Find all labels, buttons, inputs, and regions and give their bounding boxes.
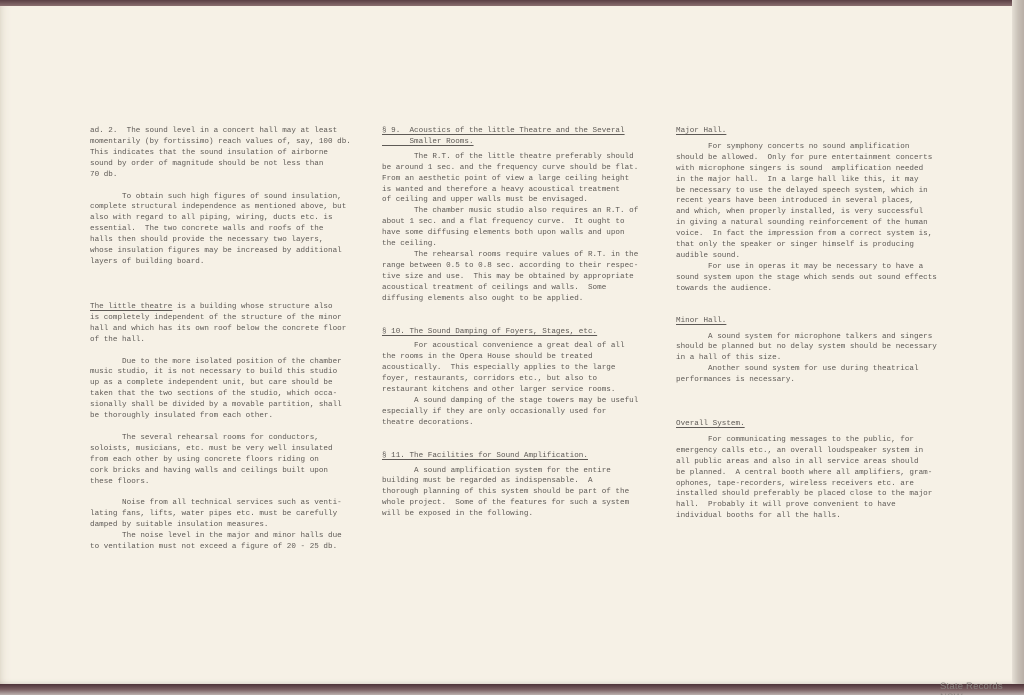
text-line: building must be regarded as indispensab… [382, 476, 647, 487]
text-line: A sound amplification system for the ent… [382, 466, 647, 477]
text-line: taken that the two sections of the studi… [90, 389, 360, 400]
text-column-middle: § 9. Acoustics of the little Theatre and… [382, 126, 647, 520]
text-line: theatre decorations. [382, 418, 647, 429]
text-line: essential. The two concrete walls and ro… [90, 224, 360, 235]
binder-top-edge [0, 0, 1024, 6]
paragraph-section-9: The R.T. of the little theatre preferabl… [382, 152, 647, 305]
text-column-right: Major Hall. For symphony concerts no sou… [676, 126, 951, 522]
text-line: with microphone singers is sound amplifi… [676, 164, 951, 175]
text-line: ophones, tape-recorders, wireless receiv… [676, 479, 951, 490]
text-line: layers of building board. [90, 257, 360, 268]
section-heading-9: § 9. Acoustics of the little Theatre and… [382, 126, 647, 148]
text-line: acoustical treatment of ceilings and wal… [382, 283, 647, 294]
text-line: be around 1 sec. and the frequency curve… [382, 163, 647, 174]
text-line: performances is necessary. [676, 375, 951, 386]
paragraph-rehearsal-rooms: The several rehearsal rooms for conducto… [90, 433, 360, 488]
text-line: is wanted and therefore a heavy acoustic… [382, 185, 647, 196]
section-heading-10: § 10. The Sound Damping of Foyers, Stage… [382, 327, 647, 338]
text-line: should be planned but no delay system sh… [676, 342, 951, 353]
heading-overall-system: Overall System. [676, 419, 951, 430]
text-line: Due to the more isolated position of the… [90, 357, 360, 368]
text-line: be thoroughly insulated from each other. [90, 411, 360, 422]
text-line: For acoustical convenience a great deal … [382, 341, 647, 352]
text-line: The noise level in the major and minor h… [90, 531, 360, 542]
paragraph-minor-hall: A sound system for microphone talkers an… [676, 332, 951, 387]
paragraph-sound-level: ad. 2. The sound level in a concert hall… [90, 126, 360, 181]
text-line: tive size and use. This may be obtained … [382, 272, 647, 283]
text-line: To obtain such high figures of sound ins… [90, 192, 360, 203]
text-line: From an aesthetic point of view a large … [382, 174, 647, 185]
heading-major-hall: Major Hall. [676, 126, 951, 137]
text-line: voice. In fact the impression from a cor… [676, 229, 951, 240]
text-line: will be exposed in the following. [382, 509, 647, 520]
paragraph-little-theatre: The little theatre is a building whose s… [90, 302, 360, 346]
text-line: foyer, restaurants, corridors etc., but … [382, 374, 647, 385]
text-line: damped by suitable insulation measures. [90, 520, 360, 531]
text-line: sound system upon the stage which sends … [676, 273, 951, 284]
text-line: cork bricks and having walls and ceiling… [90, 466, 360, 477]
text-line: 70 db. [90, 170, 360, 181]
text-line: The several rehearsal rooms for conducto… [90, 433, 360, 444]
archive-watermark: State Records NSW [940, 681, 1024, 695]
text-line: A sound system for microphone talkers an… [676, 332, 951, 343]
text-column-left: ad. 2. The sound level in a concert hall… [90, 126, 360, 553]
text-line: that only the speaker or singer himself … [676, 240, 951, 251]
document-page: ad. 2. The sound level in a concert hall… [0, 5, 1014, 685]
text-line: restaurant kitchens and other larger ser… [382, 385, 647, 396]
text-line: hall. Probably it will prove convenient … [676, 500, 951, 511]
text-line: of ceiling and upper walls must be envis… [382, 195, 647, 206]
text-line: Noise from all technical services such a… [90, 498, 360, 509]
text-line: This indicates that the sound insulation… [90, 148, 360, 159]
binder-bottom-edge [0, 684, 1024, 695]
text-line: should be allowed. Only for pure enterta… [676, 153, 951, 164]
text-line: whole project. Some of the features for … [382, 498, 647, 509]
text-line: range between 0.5 to 0.8 sec. according … [382, 261, 647, 272]
text-line: soloists, musicians, etc. must be very w… [90, 444, 360, 455]
text-line: lating fans, lifts, water pipes etc. mus… [90, 509, 360, 520]
text-line: of the hall. [90, 335, 360, 346]
paragraph-major-hall: For symphony concerts no sound amplifica… [676, 142, 951, 295]
heading-line: Smaller Rooms. [382, 137, 647, 148]
text-line: The chamber music studio also requires a… [382, 206, 647, 217]
section-heading-11: § 11. The Facilities for Sound Amplifica… [382, 451, 647, 462]
underlined-term: The little theatre [90, 303, 172, 311]
paragraph-overall-system: For communicating messages to the public… [676, 435, 951, 522]
text-line: to ventilation must not exceed a figure … [90, 542, 360, 553]
text-line: music studio, it is not necessary to bui… [90, 367, 360, 378]
text-line: halls then should provide the necessary … [90, 235, 360, 246]
paragraph-chamber-music-studio: Due to the more isolated position of the… [90, 357, 360, 422]
text-line: in a hall of this size. [676, 353, 951, 364]
text-line: be necessary to use the delayed speech s… [676, 186, 951, 197]
text-line: whose insulation figures may be increase… [90, 246, 360, 257]
text-line: Another sound system for use during thea… [676, 364, 951, 375]
text-line: sound by order of magnitude should be no… [90, 159, 360, 170]
text-line: towards the audience. [676, 284, 951, 295]
text-line: diffusing elements also ought to be appl… [382, 294, 647, 305]
text-line: in giving a natural sounding reinforceme… [676, 218, 951, 229]
text-line: For use in operas it may be necessary to… [676, 262, 951, 273]
text-line: complete structural independence as ment… [90, 202, 360, 213]
heading-minor-hall: Minor Hall. [676, 316, 951, 327]
text-line: The R.T. of the little theatre preferabl… [382, 152, 647, 163]
text-line: individual booths for all the halls. [676, 511, 951, 522]
text-span: is a building whose structure also [172, 303, 332, 311]
text-line: sionally shall be divided by a movable p… [90, 400, 360, 411]
text-line: The rehearsal rooms require values of R.… [382, 250, 647, 261]
text-line: acoustically. This especially applies to… [382, 363, 647, 374]
text-line: especially if they are only occasionally… [382, 407, 647, 418]
text-line: from each other by using concrete floors… [90, 455, 360, 466]
text-line: is completely independent of the structu… [90, 313, 360, 324]
text-line: For communicating messages to the public… [676, 435, 951, 446]
text-line: emergency calls etc., an overall loudspe… [676, 446, 951, 457]
text-line: these floors. [90, 477, 360, 488]
paragraph-technical-noise: Noise from all technical services such a… [90, 498, 360, 553]
text-line: up as a complete independent unit, but c… [90, 378, 360, 389]
text-line: hall and which has its own roof below th… [90, 324, 360, 335]
heading-line: § 9. Acoustics of the little Theatre and… [382, 126, 647, 137]
text-line: also with regard to all piping, wiring, … [90, 213, 360, 224]
paragraph-section-11: A sound amplification system for the ent… [382, 466, 647, 521]
text-line: installed should preferably be placed cl… [676, 489, 951, 500]
paragraph-insulation: To obtain such high figures of sound ins… [90, 192, 360, 268]
text-line: all public areas and also in all service… [676, 457, 951, 468]
text-line: A sound damping of the stage towers may … [382, 396, 647, 407]
text-line: and which, when properly installed, is v… [676, 207, 951, 218]
text-line: thorough planning of this system should … [382, 487, 647, 498]
page-stack-edge [1012, 0, 1024, 695]
text-line: audible sound. [676, 251, 951, 262]
text-line: about 1 sec. and a flat frequency curve.… [382, 217, 647, 228]
text-line: be planned. A central booth where all am… [676, 468, 951, 479]
text-line: For symphony concerts no sound amplifica… [676, 142, 951, 153]
text-line: The little theatre is a building whose s… [90, 302, 360, 313]
text-line: in the major hall. In a large hall like … [676, 175, 951, 186]
text-line: momentarily (by fortissimo) reach values… [90, 137, 360, 148]
text-line: have some diffusing elements both upon w… [382, 228, 647, 239]
text-line: the ceiling. [382, 239, 647, 250]
text-line: recent years have been introduced in sev… [676, 196, 951, 207]
paragraph-section-10: For acoustical convenience a great deal … [382, 341, 647, 428]
text-line: the rooms in the Opera House should be t… [382, 352, 647, 363]
text-line: ad. 2. The sound level in a concert hall… [90, 126, 360, 137]
